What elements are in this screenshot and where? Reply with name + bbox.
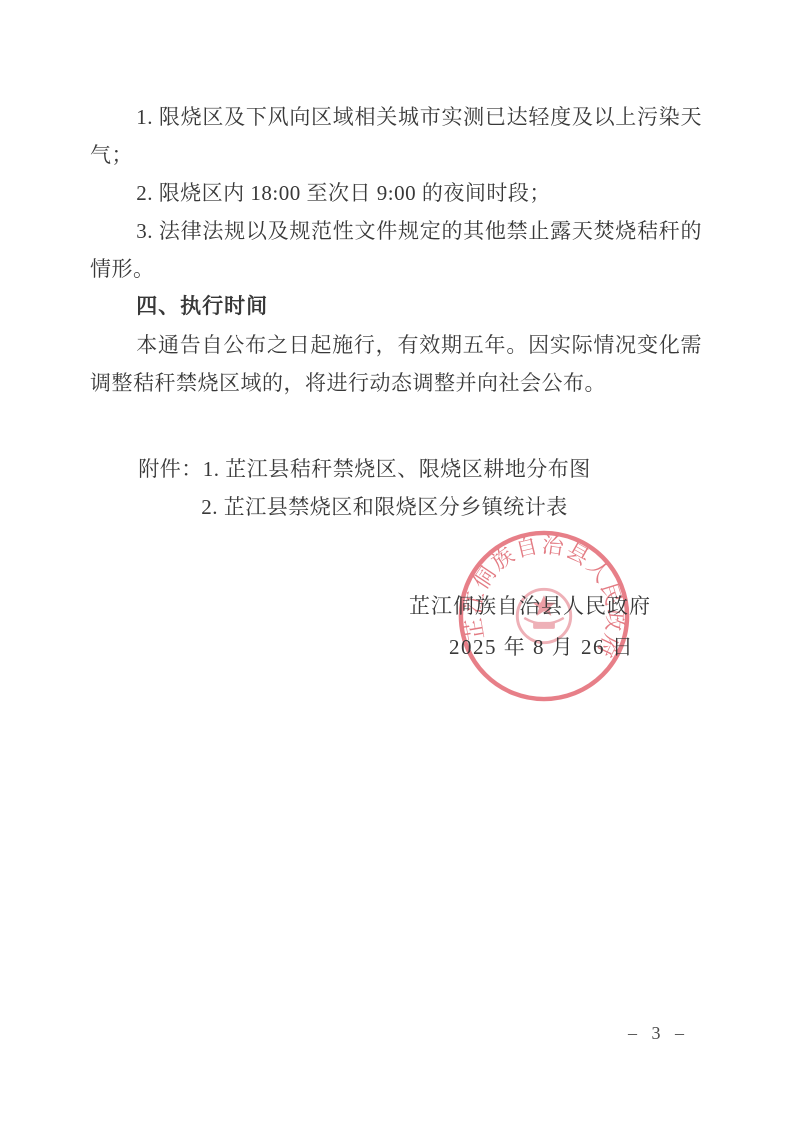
body-item-3: 3. 法律法规以及规范性文件规定的其他禁止露天焚烧秸秆的情形。 xyxy=(90,212,702,288)
document-page: 1. 限烧区及下风向区域相关城市实测已达轻度及以上污染天气； 2. 限烧区内 1… xyxy=(0,0,793,1121)
signature-issuer: 芷江侗族自治县人民政府 xyxy=(409,590,651,620)
attachment-line-1: 附件：1. 芷江县秸秆禁烧区、限烧区耕地分布图 xyxy=(90,450,702,488)
section-heading: 四、执行时间 xyxy=(90,288,702,326)
page-number: – 3 – xyxy=(628,1023,689,1044)
body-item-2: 2. 限烧区内 18:00 至次日 9:00 的夜间时段； xyxy=(90,174,702,212)
document-body: 1. 限烧区及下风向区域相关城市实测已达轻度及以上污染天气； 2. 限烧区内 1… xyxy=(90,98,702,526)
attachment-item-2: 2. 芷江县禁烧区和限烧区分乡镇统计表 xyxy=(201,495,568,519)
attachment-line-2: 2. 芷江县禁烧区和限烧区分乡镇统计表 xyxy=(90,488,702,526)
body-item-1: 1. 限烧区及下风向区域相关城市实测已达轻度及以上污染天气； xyxy=(90,98,702,174)
signature-date: 2025 年 8 月 26 日 xyxy=(449,631,634,661)
attachments-block: 附件：1. 芷江县秸秆禁烧区、限烧区耕地分布图 2. 芷江县禁烧区和限烧区分乡镇… xyxy=(90,450,702,526)
section-paragraph: 本通告自公布之日起施行，有效期五年。因实际情况变化需调整秸秆禁烧区域的，将进行动… xyxy=(90,326,702,402)
attachments-label: 附件： xyxy=(138,457,203,481)
attachment-item-1: 1. 芷江县秸秆禁烧区、限烧区耕地分布图 xyxy=(203,457,591,481)
